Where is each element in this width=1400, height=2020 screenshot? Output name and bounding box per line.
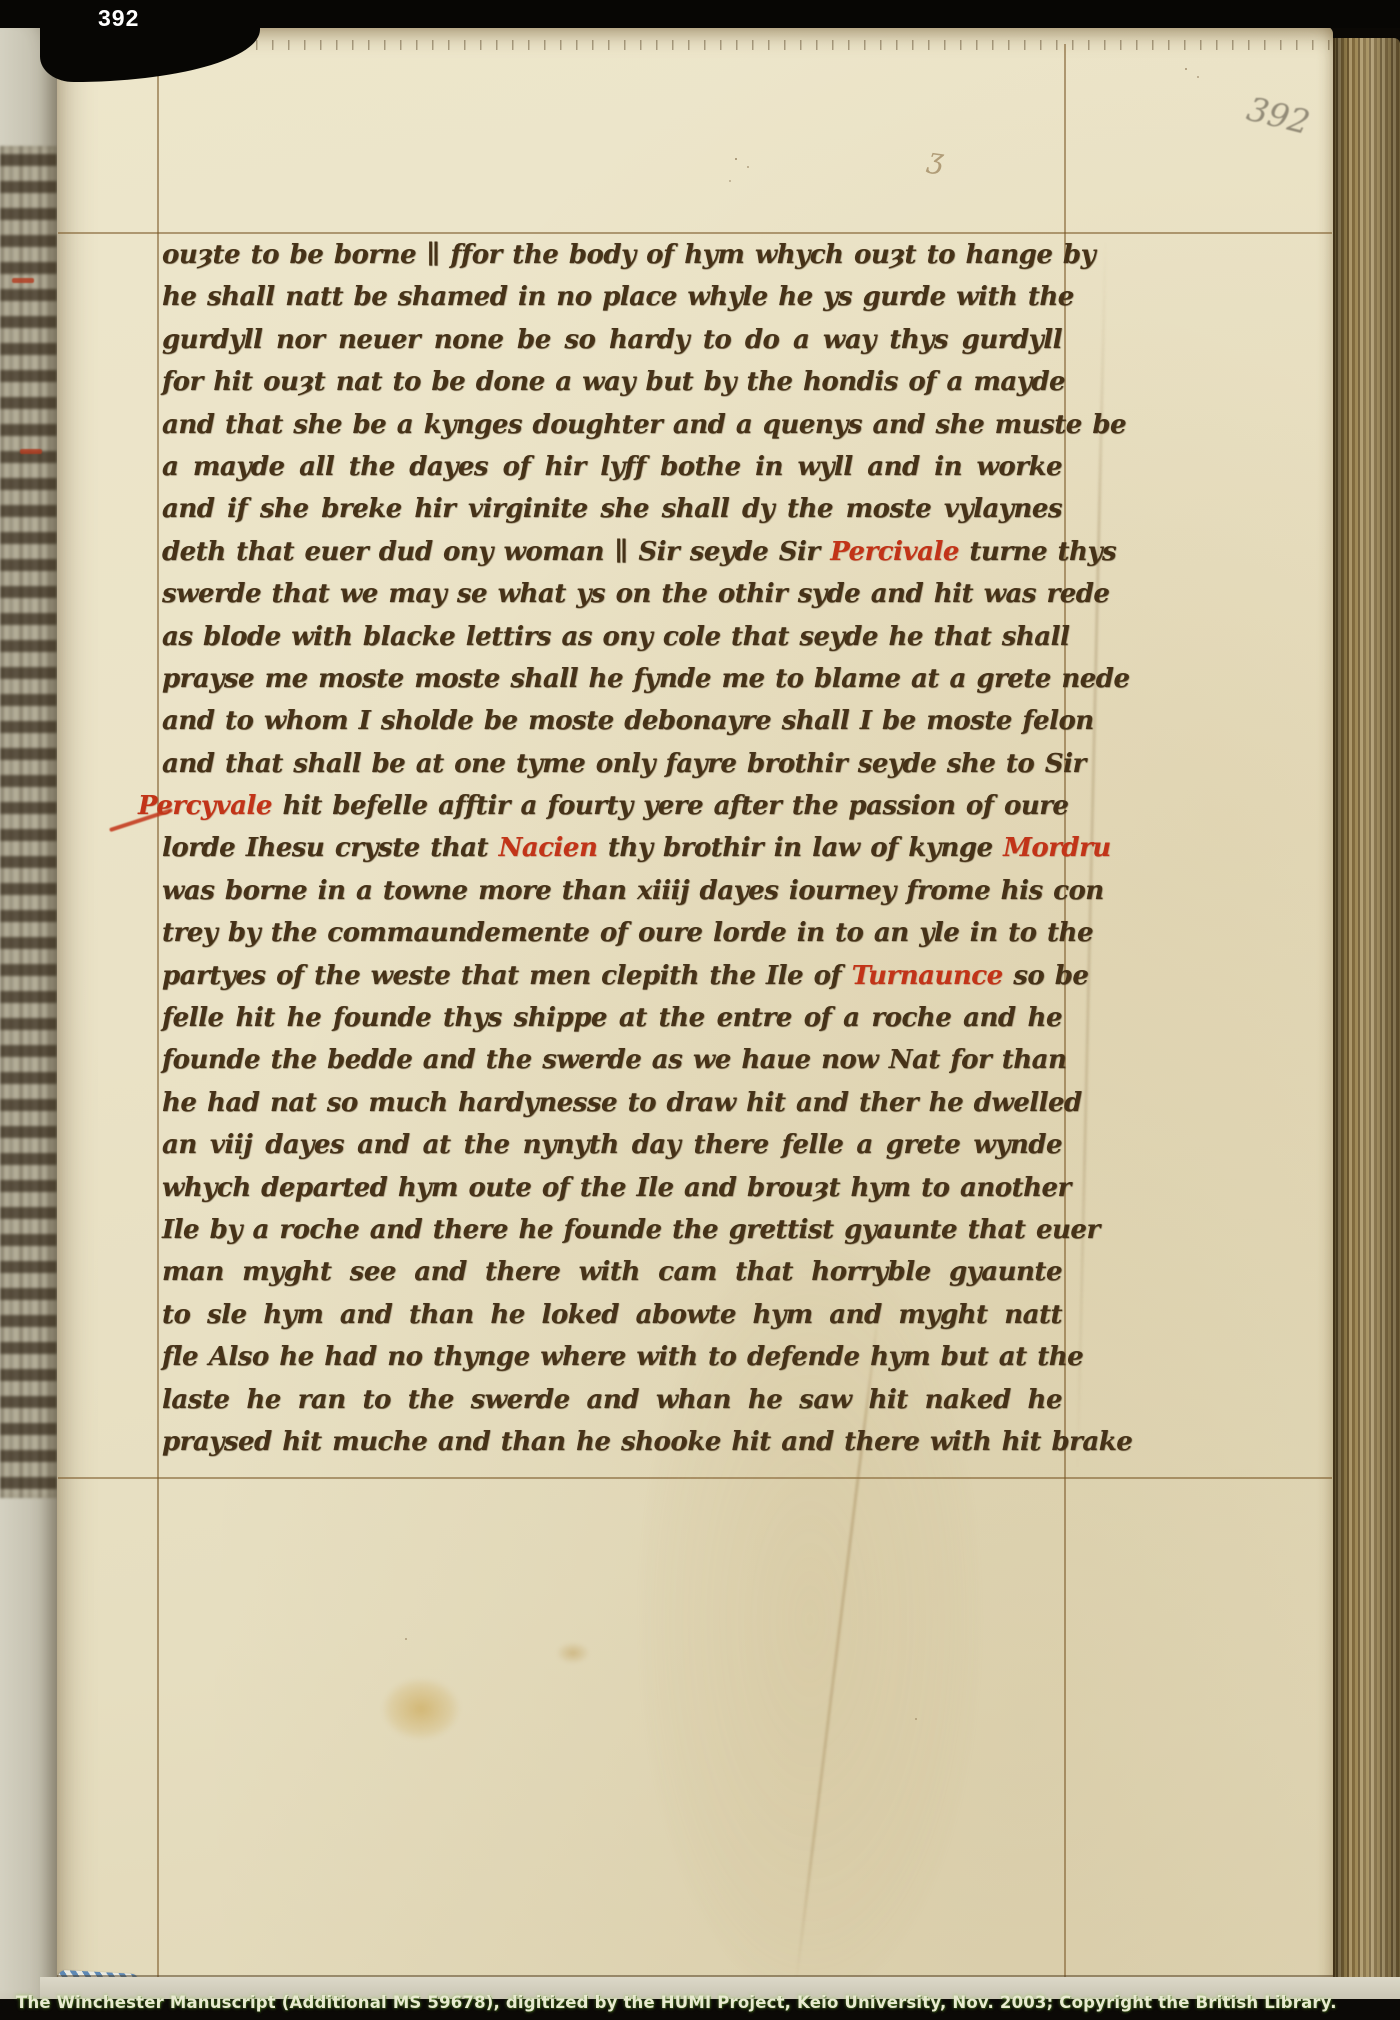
facing-page-rubric-mark [12, 278, 34, 283]
ink-text: ouȝte to be borne ∥ ffor the body of hym… [162, 240, 1095, 270]
ink-text: and that she be a kynges doughter and a … [162, 410, 1126, 440]
ink-text: as blode with blacke lettirs as ony cole… [162, 622, 1069, 652]
manuscript-line: and that shall be at one tyme only fayre… [162, 743, 1062, 785]
ink-text: and that shall be at one tyme only fayre… [162, 749, 1086, 779]
manuscript-line: was borne in a towne more than xiiij day… [162, 870, 1062, 912]
manuscript-line: trey by the commaundemente of oure lorde… [162, 912, 1062, 954]
manuscript-line: and if she breke hir virginite she shall… [162, 488, 1062, 530]
manuscript-line: laste he ran to the swerde and whan he s… [162, 1379, 1062, 1421]
ruled-line-right [1064, 44, 1066, 1986]
manuscript-line: gurdyll nor neuer none be so hardy to do… [162, 319, 1062, 361]
manuscript-line: fle Also he had no thynge where with to … [162, 1336, 1062, 1378]
manuscript-line: praysed hit muche and than he shooke hit… [162, 1421, 1062, 1463]
ink-text: trey by the commaundemente of oure lorde… [162, 918, 1093, 948]
ink-text: lorde Ihesu cryste that [162, 833, 499, 863]
fore-edge-page-stack [1333, 38, 1400, 2006]
ink-text: and to whom I sholde be moste debonayre … [162, 706, 1094, 736]
ink-text: laste he ran to the swerde and whan he s… [162, 1385, 1062, 1415]
ink-text: gurdyll nor neuer none be so hardy to do… [162, 325, 1062, 355]
ink-text: thy brothir in law of kynge [597, 833, 1003, 863]
ink-text: Ile by a roche and there he founde the g… [162, 1215, 1100, 1245]
manuscript-line: partyes of the weste that men clepith th… [162, 955, 1062, 997]
yellow-stain [382, 1678, 460, 1740]
ink-text: whych departed hym oute of the Ile and b… [162, 1173, 1071, 1203]
ink-text: for hit ouȝt nat to be done a way but by… [162, 367, 1065, 397]
manuscript-photo: ʒ 392 ouȝte to be borne ∥ ffor the body … [0, 0, 1400, 2020]
manuscript-line: man myght see and there with cam that ho… [162, 1251, 1062, 1293]
ink-text: he shall natt be shamed in no place whyl… [162, 282, 1074, 312]
ruled-line-left [157, 50, 159, 1986]
folio-number-label: 392 [98, 5, 139, 32]
manuscript-line: for hit ouȝt nat to be done a way but by… [162, 361, 1062, 403]
manuscript-line: lorde Ihesu cryste that Nacien thy broth… [162, 827, 1062, 869]
manuscript-line: as blode with blacke lettirs as ony cole… [162, 616, 1062, 658]
manuscript-line: he shall natt be shamed in no place whyl… [162, 276, 1062, 318]
ink-text: a mayde all the dayes of hir lyff bothe … [162, 452, 1062, 482]
manuscript-line: whych departed hym oute of the Ile and b… [162, 1167, 1062, 1209]
ink-text: man myght see and there with cam that ho… [162, 1257, 1062, 1287]
manuscript-line: ouȝte to be borne ∥ ffor the body of hym… [162, 234, 1062, 276]
facing-page-rubric-mark [20, 449, 42, 454]
ink-text: felle hit he founde thys shippe at the e… [162, 1003, 1062, 1033]
small-stain [556, 1642, 590, 1664]
manuscript-line: an viij dayes and at the nynyth day ther… [162, 1124, 1062, 1166]
rubric-word: Percivale [830, 537, 959, 567]
ink-text: fle Also he had no thynge where with to … [162, 1342, 1083, 1372]
manuscript-line: a mayde all the dayes of hir lyff bothe … [162, 446, 1062, 488]
manuscript-line: Ile by a roche and there he founde the g… [162, 1209, 1062, 1251]
rubric-word: Nacien [499, 833, 598, 863]
manuscript-line: he had nat so much hardynesse to draw hi… [162, 1082, 1062, 1124]
ink-text: founde the bedde and the swerde as we ha… [162, 1045, 1066, 1075]
manuscript-line: swerde that we may se what ys on the oth… [162, 573, 1062, 615]
ink-text: praysed hit muche and than he shooke hit… [162, 1427, 1132, 1457]
ink-text: and if she breke hir virginite she shall… [162, 494, 1062, 524]
ink-text: turne thys [959, 537, 1116, 567]
rubric-word: Mordru [1003, 833, 1111, 863]
manuscript-line: to sle hym and than he loked abowte hym … [162, 1294, 1062, 1336]
manuscript-line: felle hit he founde thys shippe at the e… [162, 997, 1062, 1039]
ink-text: an viij dayes and at the nynyth day ther… [162, 1130, 1062, 1160]
ink-text: partyes of the weste that men clepith th… [162, 961, 852, 991]
foxing-spots [735, 158, 737, 160]
rubric-word: Percyvale [138, 791, 272, 821]
manuscript-line: and that she be a kynges doughter and a … [162, 404, 1062, 446]
manuscript-line: founde the bedde and the swerde as we ha… [162, 1039, 1062, 1081]
ink-text: prayse me moste moste shall he fynde me … [162, 664, 1130, 694]
manuscript-text-block: ouȝte to be borne ∥ ffor the body of hym… [162, 234, 1062, 1463]
manuscript-line: and to whom I sholde be moste debonayre … [162, 700, 1062, 742]
manuscript-line: deth that euer dud ony woman ∥ Sir seyde… [162, 531, 1062, 573]
ink-text: to sle hym and than he loked abowte hym … [162, 1300, 1062, 1330]
manuscript-line: prayse me moste moste shall he fynde me … [162, 658, 1062, 700]
caption-text: The Winchester Manuscript (Additional MS… [16, 1993, 1358, 2013]
facing-page-text-strip [0, 146, 57, 1498]
rubric-word: Turnaunce [852, 961, 1003, 991]
ink-text: deth that euer dud ony woman ∥ Sir seyde… [162, 537, 830, 567]
ink-text: hit befelle afftir a fourty yere after t… [272, 791, 1069, 821]
ink-text: so be [1003, 961, 1089, 991]
ink-text: was borne in a towne more than xiiij day… [162, 876, 1104, 906]
manuscript-line: Percyvale hit befelle afftir a fourty ye… [138, 785, 1062, 827]
ink-text: swerde that we may se what ys on the oth… [162, 579, 1109, 609]
ink-text: he had nat so much hardynesse to draw hi… [162, 1088, 1082, 1118]
